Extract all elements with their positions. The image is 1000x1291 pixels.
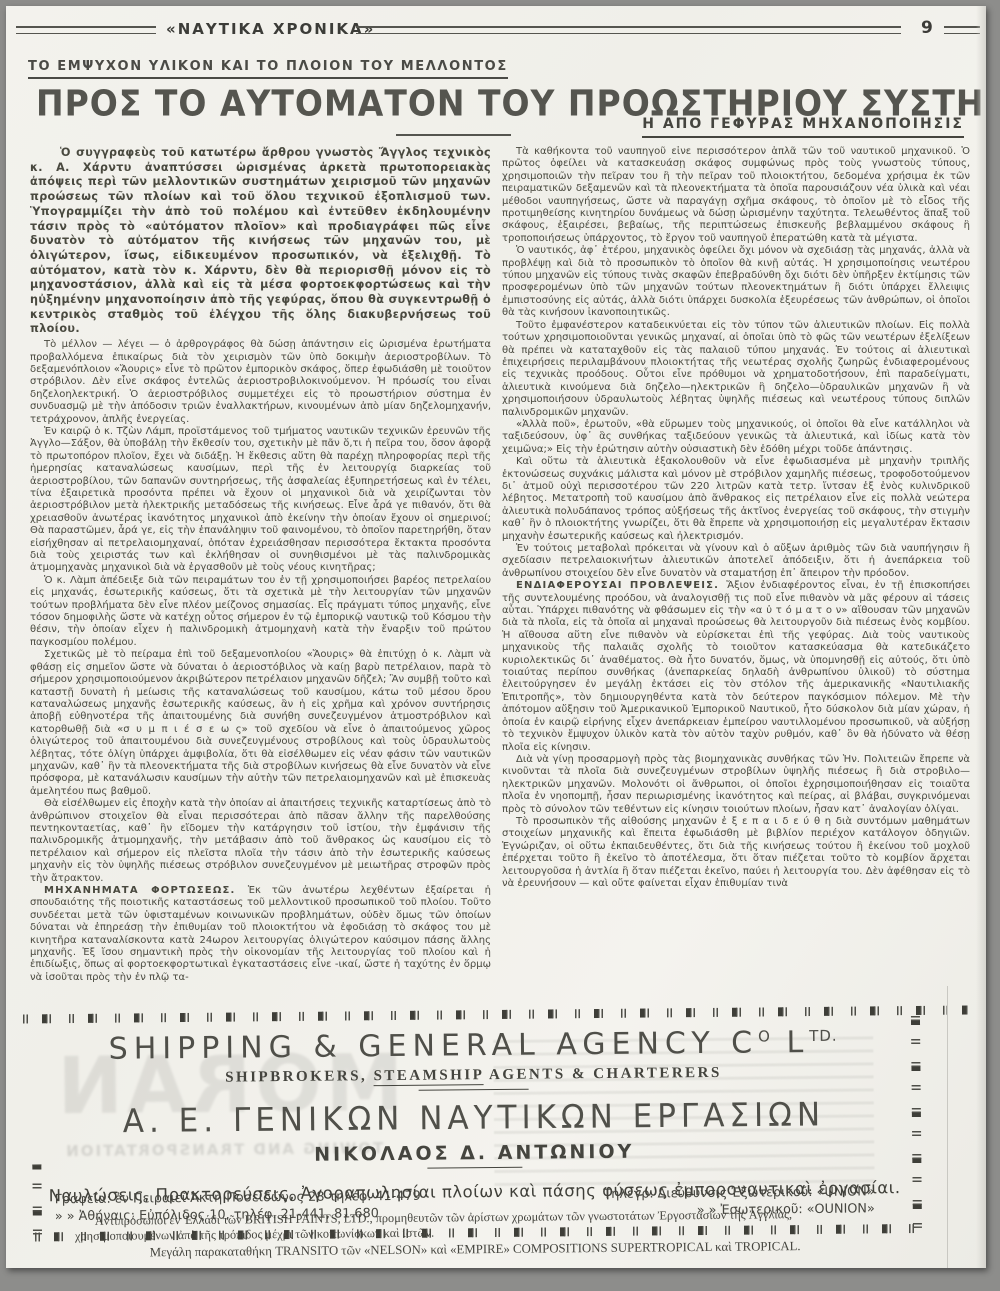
section-head-loading-machinery: ΜΗΧΑΝΗΜΑΤΑ ΦΟΡΤΩΣΕΩΣ.: [44, 885, 248, 896]
paragraph: Ὁ ναυτικός, ἀφ᾽ ἑτέρου, μηχανικὸς ὀφείλε…: [502, 245, 970, 319]
ad-cable-internal: » » Ἐσωτερικοῦ: «ΟUNION»: [603, 1201, 874, 1219]
paragraph-text: Διὰ νὰ γίνῃ προσαρμογὴ πρὸς τὰς βιομηχαν…: [502, 754, 970, 815]
paragraph-text: «Ἀλλὰ ποῦ», ἐρωτοῦν, «θὰ εὕρωμεν τοὺς μη…: [502, 419, 970, 455]
paragraph-text: Θὰ εἰσέλθωμεν εἰς ἐποχὴν κατὰ τὴν ὁποίαν…: [30, 798, 491, 883]
ad-tagline-steamship: STEAMSHIP: [373, 1067, 483, 1086]
lead-paragraph: Ὁ συγγραφεὺς τοῦ κατωτέρω ἄρθρου γνωστὸς…: [30, 146, 491, 337]
article-body: Ὁ συγγραφεὺς τοῦ κατωτέρω ἄρθρου γνωστὸς…: [30, 146, 970, 1012]
paragraph: Θὰ εἰσέλθωμεν εἰς ἐποχὴν κατὰ τὴν ὁποίαν…: [30, 798, 491, 885]
ad-cable-addresses: Τηλεγρ. Διεύθυνσις Ἐξωτερικοῦ: «UNION» »…: [603, 1182, 875, 1219]
shipping-agency-advertisement: MORAN TOWING AND TRANSPORTATION SHIPPING…: [23, 1005, 971, 1250]
paragraph: Ἐν καιρῷ ὁ κ. Τζὼν Λάμπ, προϊστάμενος το…: [30, 426, 491, 575]
section-head-interesting-forecasts: ΕΝΔΙΑΦΕΡΟΥΣΑΙ ΠΡΟΒΛΕΨΕΙΣ.: [516, 580, 726, 591]
masthead-title: «ΝΑΥΤΙΚΑ ΧΡΟΝΙΚΑ»: [166, 20, 375, 38]
left-column: Ὁ συγγραφεὺς τοῦ κατωτέρω ἄρθρου γνωστὸς…: [30, 146, 491, 1012]
page-fold-line: [947, 986, 948, 1268]
right-column: Τὰ καθήκοντα τοῦ ναυπηγοῦ εἶνε περισσότε…: [502, 146, 970, 1012]
headline-underline: [396, 134, 511, 136]
scan-edge-shadow: [976, 6, 986, 1268]
magazine-page: «ΝΑΥΤΙΚΑ ΧΡΟΝΙΚΑ» 9 ΤΟ ΕΜΨΥΧΟΝ ΥΛΙΚΟΝ ΚΑ…: [6, 6, 986, 1268]
paragraph-with-runin: ΕΝΔΙΑΦΕΡΟΥΣΑΙ ΠΡΟΒΛΕΨΕΙΣ. Ἄξιον ἐνδιαφέρ…: [502, 580, 970, 754]
ad-border-left: [32, 1164, 42, 1234]
paragraph-text: Ὁ ναυτικός, ἀφ᾽ ἑτέρου, μηχανικὸς ὀφείλε…: [502, 245, 970, 318]
paragraph-text: Καὶ οὕτω τὰ ἁλιευτικὰ ἐξακολουθοῦν νὰ εἶ…: [502, 456, 970, 541]
paragraph: Διὰ νὰ γίνῃ προσαρμογὴ πρὸς τὰς βιομηχαν…: [502, 754, 970, 816]
ad-tagline-agents: AGENTS & CHARTERERS: [483, 1065, 721, 1083]
page-number: 9: [921, 18, 933, 38]
ad-owner-rule: [427, 1167, 522, 1169]
ad-company-l: L: [771, 1025, 810, 1060]
paragraph: Ἐν τούτοις μεταβολαὶ πρόκειται νὰ γίνουν…: [502, 543, 970, 580]
article-kicker: ΤΟ ΕΜΨΥΧΟΝ ΥΛΙΚΟΝ ΚΑΙ ΤΟ ΠΛΟΙΟΝ ΤΟΥ ΜΕΛΛ…: [28, 59, 508, 79]
paragraph: «Ἀλλὰ ποῦ», ἐρωτοῦν, «θὰ εὕρωμεν τοὺς μη…: [502, 419, 970, 456]
paragraph: Καὶ οὕτω τὰ ἁλιευτικὰ ἐξακολουθοῦν νὰ εἶ…: [502, 456, 970, 543]
paragraph-text: Ἄξιον ἐνδιαφέροντος εἶναι, ἐν τῇ ἐπισκοπ…: [502, 580, 970, 752]
paragraph: Τὰ καθήκοντα τοῦ ναυπηγοῦ εἶνε περισσότε…: [502, 146, 970, 245]
paragraph: Τὸ προσωπικὸν τῆς αἰθούσης μηχανῶν ἐ ξ ε…: [502, 816, 970, 890]
ad-offices: Γραφεῖα: ἐν Πειραιεῖ Ἀκτὴ Ποσειδῶνος 28 …: [55, 1187, 421, 1225]
paragraph-text: Ἐν τούτοις μεταβολαὶ πρόκειται νὰ γίνουν…: [502, 543, 970, 579]
paragraph-text: Τοῦτο ἐμφανέστερον καταδεικνύεται εἰς τὸ…: [502, 320, 970, 418]
paragraph-text: Τὸ προσωπικὸν τῆς αἰθούσης μηχανῶν ἐ ξ ε…: [502, 816, 970, 889]
paragraph-text: Τὰ καθήκοντα τοῦ ναυπηγοῦ εἶνε περισσότε…: [502, 146, 970, 244]
ad-company-sup-o: O: [758, 1027, 771, 1045]
ad-company-prefix: SHIPPING & GENERAL AGENCY C: [109, 1025, 759, 1066]
ad-tagline-rule: [419, 1089, 529, 1091]
ad-owner-name: ΝΙΚΟΛΑΟΣ Δ. ΑΝΤΩΝΙΟΥ: [44, 1138, 904, 1168]
paragraph: Ὁ κ. Λὰμπ ἀπέδειξε διὰ τῶν πειραμάτων το…: [30, 575, 491, 649]
paragraph-text: Ἐκ τῶν ἀνωτέρω λεχθέντων ἐξαίρεται ἡ σπο…: [30, 885, 491, 983]
ad-cable-external: Τηλεγρ. Διεύθυνσις Ἐξωτερικοῦ: «UNION»: [603, 1184, 874, 1202]
article-subhead: Η ΑΠΟ ΓΕΦΥΡΑΣ ΜΗΧΑΝΟΠΟΙΗΣΙΣ: [642, 116, 964, 138]
ad-tagline: SHIPBROKERS, STEAMSHIP AGENTS & CHARTERE…: [43, 1063, 903, 1088]
ad-content: SHIPPING & GENERAL AGENCY CO LTD. SHIPBR…: [43, 1016, 905, 1261]
ad-office-piraeus: Γραφεῖα: ἐν Πειραιεῖ Ἀκτὴ Ποσειδῶνος 28 …: [55, 1189, 421, 1208]
ad-border-right: [911, 1012, 922, 1228]
paragraph-text: Σχετικῶς μὲ τὸ πείραμα ἐπὶ τοῦ δεξαμενοπ…: [30, 649, 491, 796]
ad-tagline-shipbrokers: SHIPBROKERS,: [225, 1068, 374, 1085]
header-rule-right: [944, 26, 980, 34]
paragraph-text: Ἐν καιρῷ ὁ κ. Τζὼν Λάμπ, προϊστάμενος το…: [30, 426, 491, 573]
paragraph-text: Ὁ κ. Λὰμπ ἀπέδειξε διὰ τῶν πειραμάτων το…: [30, 575, 491, 648]
paragraph-with-runin: ΜΗΧΑΝΗΜΑΤΑ ΦΟΡΤΩΣΕΩΣ. Ἐκ τῶν ἀνωτέρω λεχ…: [30, 885, 491, 984]
paragraph: Σχετικῶς μὲ τὸ πείραμα ἐπὶ τοῦ δεξαμενοπ…: [30, 649, 491, 798]
ad-greek-company-name: Α. Ε. ΓΕΝΙΚΩΝ ΝΑΥΤΙΚΩΝ ΕΡΓΑΣΙΩΝ: [44, 1095, 904, 1141]
paragraph-text: Τὸ μέλλον — λέγει — ὁ ἀρθρογράφος θὰ δώσ…: [30, 339, 491, 424]
header-rule-middle: [356, 26, 901, 34]
ad-company-name: SHIPPING & GENERAL AGENCY CO LTD.: [43, 1024, 903, 1067]
paragraph: Τὸ μέλλον — λέγει — ὁ ἀρθρογράφος θὰ δώσ…: [30, 339, 491, 426]
ad-company-sup-td: TD.: [809, 1027, 838, 1045]
paragraph: Τοῦτο ἐμφανέστερον καταδεικνύεται εἰς τὸ…: [502, 320, 970, 419]
header-rule-left: [16, 26, 156, 34]
